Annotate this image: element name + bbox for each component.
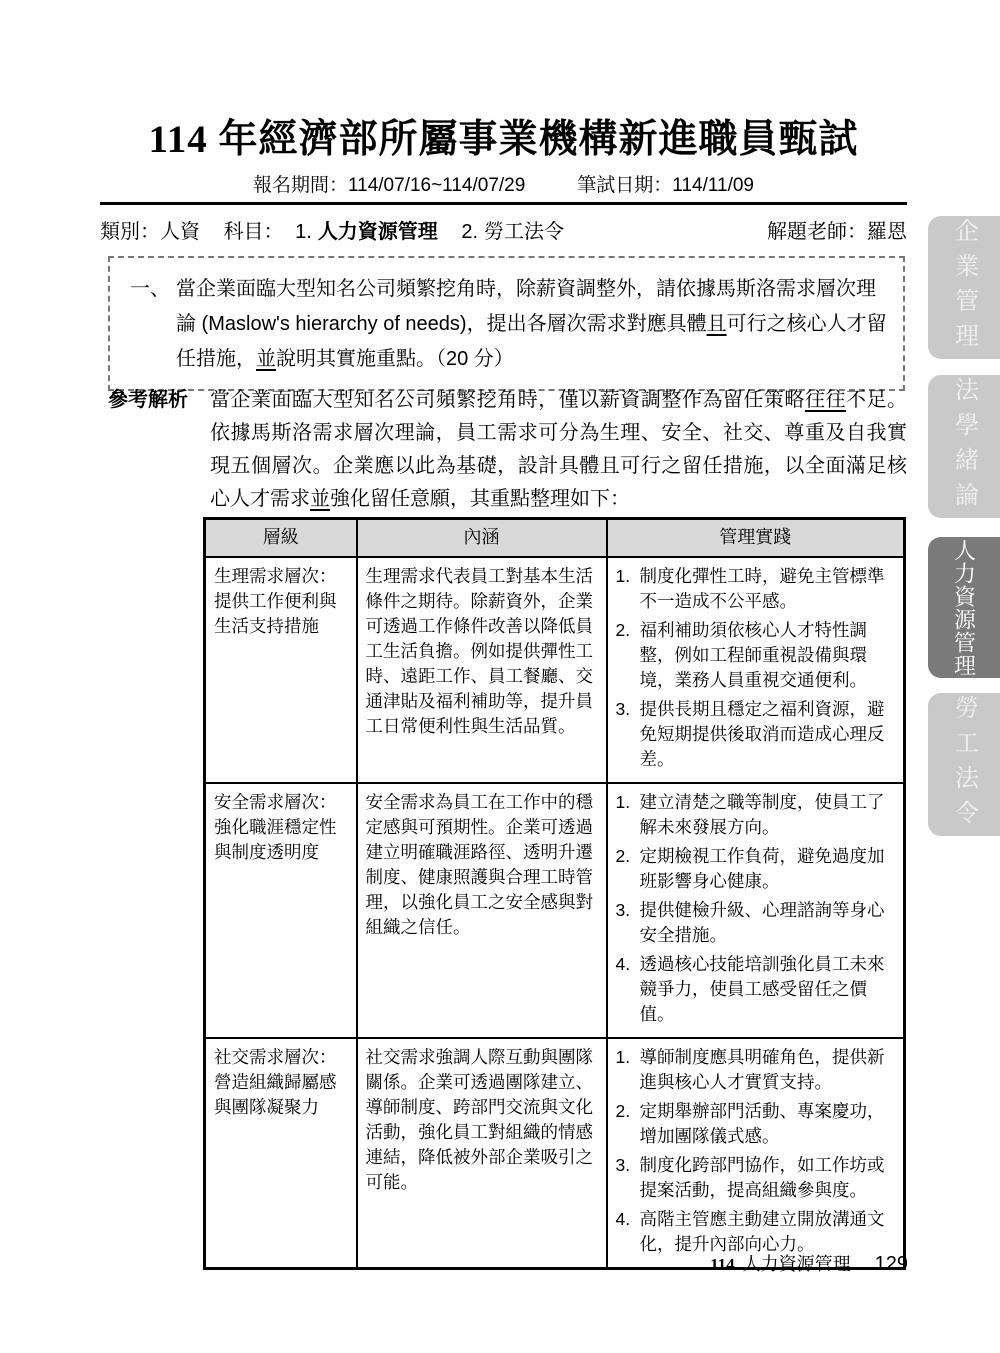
practice-item: 4.透過核心技能培訓強化員工未來競爭力，使員工感受留任之價值。 <box>616 952 896 1027</box>
sidebar-tab-labor-laws: 勞工法令 <box>928 693 1000 836</box>
written-exam-date: 筆試日期：114/11/09 <box>577 170 754 197</box>
practice-item-number: 1. <box>616 1045 640 1095</box>
table-header-row: 層級 內涵 管理實踐 <box>205 519 905 557</box>
sidebar-tab-label: 人力資源管理 <box>949 539 980 677</box>
subject-1-name: 人力資源管理 <box>318 221 438 243</box>
practice-item-text: 福利補助須依核心人才特性調整，例如工程師重視設備與環境，業務人員重視交通便利。 <box>640 618 896 693</box>
horizontal-divider <box>100 202 907 205</box>
question-box: 一、 當企業面臨大型知名公司頻繁挖角時，除薪資調整外，請依據馬斯洛需求層次理論 … <box>108 256 905 391</box>
content-cell: 社交需求強調人際互動與團隊關係。企業可透過團隊建立、導師制度、跨部門交流與文化活… <box>357 1038 607 1269</box>
practice-cell: 1.建立清楚之職等制度，使員工了解未來發展方向。2.定期檢視工作負荷，避免過度加… <box>607 783 905 1038</box>
table-row: 生理需求層次：提供工作便利與生活支持措施 生理需求代表員工對基本生活條件之期待。… <box>205 557 905 783</box>
underlined-text: 並 <box>310 488 330 510</box>
practice-cell: 1.導師制度應具明確角色，提供新進與核心人才實質支持。2.定期舉辦部門活動、專案… <box>607 1038 905 1269</box>
underlined-text: 並 <box>256 348 276 370</box>
level-cell: 生理需求層次：提供工作便利與生活支持措施 <box>205 557 357 783</box>
document-page: 114 年經濟部所屬事業機構新進職員甄試 報名期間：114/07/16~114/… <box>0 0 1000 1353</box>
level-cell: 社交需求層次：營造組織歸屬感與團隊凝聚力 <box>205 1038 357 1269</box>
question-text: 當企業面臨大型知名公司頻繁挖角時，除薪資調整外，請依據馬斯洛需求層次理論 (Ma… <box>176 272 887 377</box>
page-number: 129 <box>875 1253 908 1276</box>
text-segment: 強化留任意願，其重點整理如下： <box>330 488 630 510</box>
column-header-content: 內涵 <box>357 519 607 557</box>
page-title: 114 年經濟部所屬事業機構新進職員甄試 <box>100 108 907 164</box>
level-cell: 安全需求層次：強化職涯穩定性與制度透明度 <box>205 783 357 1038</box>
practice-item-number: 3. <box>616 898 640 948</box>
subject-label: 科目： <box>224 221 284 243</box>
practice-item-text: 建立清楚之職等制度，使員工了解未來發展方向。 <box>640 790 896 840</box>
category-subject-line: 類別：人資 科目： 1.人力資源管理 2.勞工法令 <box>100 215 570 244</box>
sidebar-tab-label: 勞工法令 <box>947 695 982 835</box>
practice-item: 2.定期舉辦部門活動、專案慶功，增加團隊儀式感。 <box>616 1099 896 1149</box>
practice-item-number: 1. <box>616 790 640 840</box>
practice-item-text: 導師制度應具明確角色，提供新進與核心人才實質支持。 <box>640 1045 896 1095</box>
sidebar-tab-label: 法學緒論 <box>947 377 982 517</box>
practice-item-text: 透過核心技能培訓強化員工未來競爭力，使員工感受留任之價值。 <box>640 952 896 1027</box>
sidebar-tab-label: 企業管理 <box>947 218 982 358</box>
practice-item-text: 提供長期且穩定之福利資源，避免短期提供後取消而造成心理反差。 <box>640 697 896 772</box>
teacher-label: 解題老師：羅恩 <box>767 215 907 244</box>
practice-cell: 1.制度化彈性工時，避免主管標準不一造成不公平感。2.福利補助須依核心人才特性調… <box>607 557 905 783</box>
registration-period: 報名期間：114/07/16~114/07/29 <box>253 170 525 197</box>
practice-item-number: 2. <box>616 1099 640 1149</box>
practice-item: 3.提供健檢升級、心理諮詢等身心安全措施。 <box>616 898 896 948</box>
practice-item: 3.制度化跨部門協作，如工作坊或提案活動，提高組織參與度。 <box>616 1153 896 1203</box>
meta-row: 類別：人資 科目： 1.人力資源管理 2.勞工法令 解題老師：羅恩 <box>100 215 907 244</box>
practice-item: 1.制度化彈性工時，避免主管標準不一造成不公平感。 <box>616 564 896 614</box>
practice-item-number: 2. <box>616 844 640 894</box>
sidebar-tab-business-management: 企業管理 <box>928 216 1000 359</box>
text-segment: 說明其實施重點。（20 分） <box>276 348 514 370</box>
column-header-level: 層級 <box>205 519 357 557</box>
subject-2-number: 2. <box>461 221 478 243</box>
underlined-text: 往往 <box>805 389 846 411</box>
content-cell: 生理需求代表員工對基本生活條件之期待。除薪資外，企業可透過工作條件改善以降低員工… <box>357 557 607 783</box>
practice-item: 1.建立清楚之職等制度，使員工了解未來發展方向。 <box>616 790 896 840</box>
content-cell: 安全需求為員工在工作中的穩定感與可預期性。企業可透過建立明確職涯路徑、透明升遷制… <box>357 783 607 1038</box>
underlined-text: 且 <box>707 313 727 335</box>
sidebar-tab-human-resource-management-active: 人力資源管理 <box>928 537 1000 678</box>
practice-item-number: 1. <box>616 564 640 614</box>
practice-item-number: 3. <box>616 697 640 772</box>
category-label: 類別：人資 <box>100 221 200 243</box>
practice-item-number: 2. <box>616 618 640 693</box>
practice-item: 3.提供長期且穩定之福利資源，避免短期提供後取消而造成心理反差。 <box>616 697 896 772</box>
practice-item-text: 制度化彈性工時，避免主管標準不一造成不公平感。 <box>640 564 896 614</box>
analysis-section: 參考解析 當企業面臨大型知名公司頻繁挖角時，僅以薪資調整作為留任策略往往不足。依… <box>108 384 907 516</box>
subject-2-name: 勞工法令 <box>484 221 564 243</box>
analysis-text: 當企業面臨大型知名公司頻繁挖角時，僅以薪資調整作為留任策略往往不足。依據馬斯洛需… <box>210 384 907 516</box>
practice-item: 4.高階主管應主動建立開放溝通文化，提升內部向心力。 <box>616 1207 896 1257</box>
practice-item-number: 4. <box>616 1207 640 1257</box>
practice-item-number: 3. <box>616 1153 640 1203</box>
page-footer: 114 人力資源管理 129 <box>710 1250 908 1276</box>
footer-year: 114 <box>710 1255 735 1275</box>
column-header-practice: 管理實踐 <box>607 519 905 557</box>
exam-dates-row: 報名期間：114/07/16~114/07/29 筆試日期：114/11/09 <box>100 170 907 197</box>
text-segment: 當企業面臨大型知名公司頻繁挖角時，僅以薪資調整作為留任策略 <box>210 389 805 411</box>
analysis-label: 參考解析 <box>108 384 210 516</box>
practice-item-text: 高階主管應主動建立開放溝通文化，提升內部向心力。 <box>640 1207 896 1257</box>
maslow-needs-table: 層級 內涵 管理實踐 生理需求層次：提供工作便利與生活支持措施 生理需求代表員工… <box>203 517 906 1270</box>
practice-item: 2.定期檢視工作負荷，避免過度加班影響身心健康。 <box>616 844 896 894</box>
practice-item-text: 制度化跨部門協作，如工作坊或提案活動，提高組織參與度。 <box>640 1153 896 1203</box>
table-row: 安全需求層次：強化職涯穩定性與制度透明度 安全需求為員工在工作中的穩定感與可預期… <box>205 783 905 1038</box>
practice-item-text: 定期檢視工作負荷，避免過度加班影響身心健康。 <box>640 844 896 894</box>
subject-1-number: 1. <box>295 221 312 243</box>
question-number: 一、 <box>130 272 176 377</box>
practice-item: 1.導師制度應具明確角色，提供新進與核心人才實質支持。 <box>616 1045 896 1095</box>
practice-item-text: 定期舉辦部門活動、專案慶功，增加團隊儀式感。 <box>640 1099 896 1149</box>
practice-item-number: 4. <box>616 952 640 1027</box>
practice-item: 2.福利補助須依核心人才特性調整，例如工程師重視設備與環境，業務人員重視交通便利… <box>616 618 896 693</box>
practice-item-text: 提供健檢升級、心理諮詢等身心安全措施。 <box>640 898 896 948</box>
footer-subject: 人力資源管理 <box>743 1250 851 1276</box>
sidebar-tab-intro-to-law: 法學緒論 <box>928 375 1000 518</box>
table-row: 社交需求層次：營造組織歸屬感與團隊凝聚力 社交需求強調人際互動與團隊關係。企業可… <box>205 1038 905 1269</box>
